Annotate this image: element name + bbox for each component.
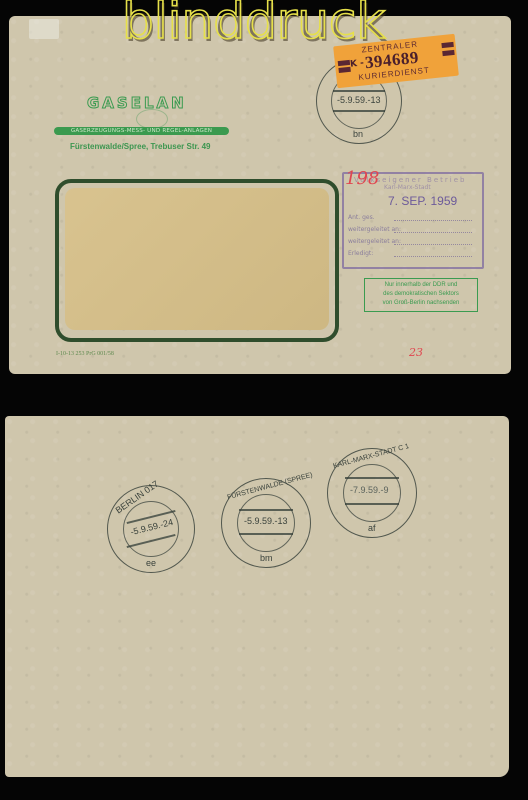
print-code: I-10-13 253 PrG 001/58 xyxy=(56,351,114,357)
notice-line: von Groß-Berlin nachsenden xyxy=(365,299,477,308)
receipt-date: 7. SEP. 1959 xyxy=(388,194,457,208)
pencil-note: 23 xyxy=(409,346,423,359)
receipt-dots xyxy=(394,232,472,233)
notice-line: des demokratischen Sektors xyxy=(365,290,477,299)
envelope-back: -5.9.59.-24 ee BERLIN 017 -5.9.59.-13 bm… xyxy=(5,416,509,777)
envelope-front: GASELAN GASERZEUGUNGS-MESS- UND REGEL-AN… xyxy=(9,16,511,374)
postmark-date: -5.9.59.-13 xyxy=(244,516,288,526)
postmark-bar xyxy=(333,110,385,112)
label-bar xyxy=(441,42,453,48)
receipt-dots xyxy=(394,244,472,245)
postmark-berlin: -5.9.59.-24 ee BERLIN 017 xyxy=(107,485,195,573)
postmark-bar xyxy=(333,90,385,92)
postmark-code: bm xyxy=(260,553,273,563)
sender-tagline: GASERZEUGUNGS-MESS- UND REGEL-ANLAGEN xyxy=(54,127,229,135)
postmark-code: bn xyxy=(353,129,363,139)
postmark-bar xyxy=(345,503,399,505)
forwarding-notice: Nur innerhalb der DDR und des demokratis… xyxy=(364,278,478,312)
window-frame xyxy=(55,179,339,342)
receipt-field: Erledigt: xyxy=(348,250,373,257)
postmark-code: ee xyxy=(146,558,156,568)
postmark-date: -7.9.59.-9 xyxy=(350,485,389,495)
handwritten-number: 198 xyxy=(345,168,379,189)
receipt-line2: Karl-Marx-Stadt xyxy=(384,184,431,191)
notice-line: Nur innerhalb der DDR und xyxy=(365,281,477,290)
label-bar xyxy=(338,67,350,73)
company-logo-icon xyxy=(136,109,168,129)
sender-address: Fürstenwalde/Spree, Trebuser Str. 49 xyxy=(70,142,211,151)
postmark-bar xyxy=(345,477,399,479)
tape-remnant xyxy=(29,19,59,39)
receipt-field: Ant. ges. xyxy=(348,214,375,221)
receipt-dots xyxy=(394,220,472,221)
postmark-bar xyxy=(239,509,293,511)
postmark-fuerstenwalde: -5.9.59.-13 bm FÜRSTENWALDE (SPREE) xyxy=(221,478,311,568)
sender-company: GASELAN xyxy=(87,94,187,112)
postmark-karl-marx-stadt: -7.9.59.-9 af KARL-MARX-STADT C 1 xyxy=(327,448,417,538)
label-prefix: K - xyxy=(350,58,365,69)
postmark-bar xyxy=(239,533,293,535)
label-bar xyxy=(338,60,350,66)
postmark-date: -5.9.59.-13 xyxy=(337,95,381,105)
postmark-code: af xyxy=(368,523,376,533)
label-bar xyxy=(442,50,454,56)
receipt-dots xyxy=(394,256,472,257)
watermark: blinddruck xyxy=(122,0,385,46)
